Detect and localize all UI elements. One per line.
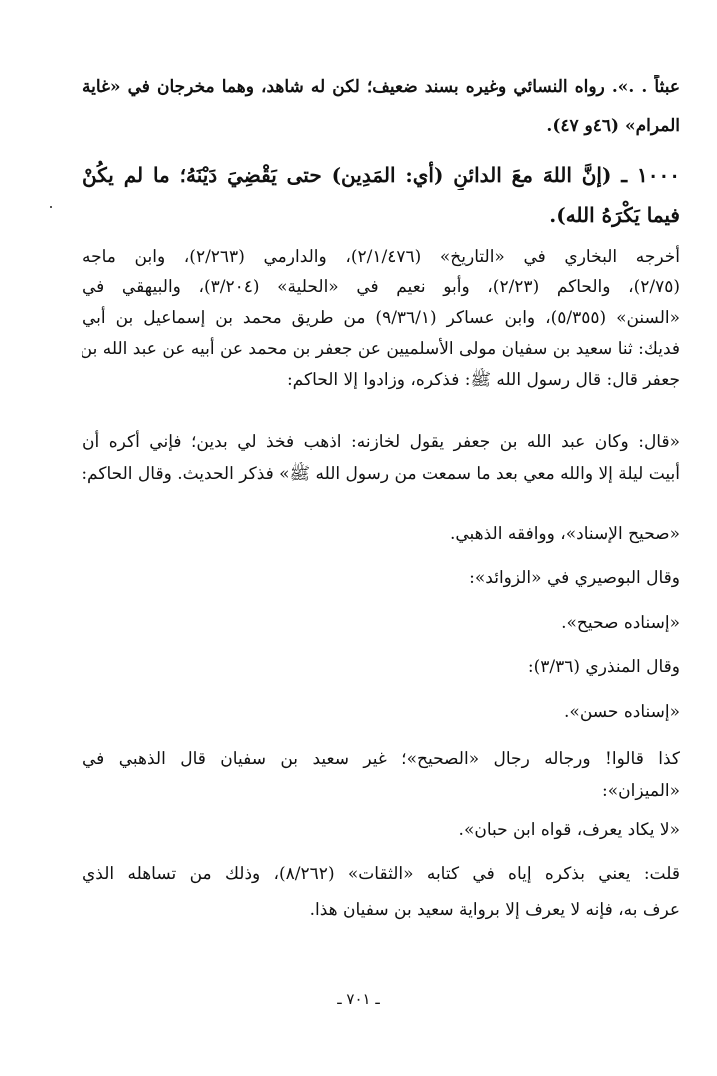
- document-page: عبثاً . .». رواه النسائي وغيره بسند ضعيف…: [0, 0, 717, 1076]
- text-line: «قال: وكان عبد الله بن جعفر يقول لخازنه:…: [82, 430, 680, 454]
- hadith-text-line: فيما يَكْرَهُ الله).: [82, 200, 680, 230]
- text-line: وقال البوصيري في «الزوائد»:: [82, 566, 680, 590]
- text-line: «إسناده حسن».: [82, 700, 680, 724]
- text-line: قلت: يعني بذكره إياه في كتابه «الثقات» (…: [82, 862, 680, 886]
- text-line: «إسناده صحيح».: [82, 611, 680, 635]
- text-line: (٢/٧٥)، والحاكم (٢/٢٣)، وأبو نعيم في «ال…: [82, 275, 680, 299]
- text-line: كذا قالوا! ورجاله رجال «الصحيح»؛ غير سعي…: [82, 747, 680, 771]
- text-line: المرام» (٤٦و ٤٧).: [82, 114, 680, 138]
- text-line: فديك: ثنا سعيد بن سفيان مولى الأسلميين ع…: [82, 337, 680, 361]
- text-line: عبثاً . .». رواه النسائي وغيره بسند ضعيف…: [82, 75, 680, 99]
- text-line: «لا يكاد يعرف، قواه ابن حبان».: [82, 818, 680, 842]
- hadith-text-line: ١٠٠٠ ـ (إنَّ اللهَ معَ الدائنِ (أي: المَ…: [82, 160, 680, 190]
- text-line: وقال المنذري (٣/٣٦):: [82, 655, 680, 679]
- page-number: ـ ٧٠١ ـ: [0, 990, 717, 1008]
- text-line: أبيت ليلة إلا والله معي بعد ما سمعت من ر…: [82, 462, 680, 486]
- scan-speck: [50, 206, 52, 208]
- text-line: «السنن» (٥/٣٥٥)، وابن عساكر (٩/٣٦/١) من …: [82, 306, 680, 330]
- text-line: «صحيح الإسناد»، ووافقه الذهبي.: [82, 522, 680, 546]
- text-line: عرف به، فإنه لا يعرف إلا برواية سعيد بن …: [82, 898, 680, 922]
- text-line: جعفر قال: قال رسول الله ﷺ: فذكره، وزادوا…: [82, 368, 680, 392]
- text-line: أخرجه البخاري في «التاريخ» (٢/١/٤٧٦)، وا…: [82, 245, 680, 269]
- text-line: «الميزان»:: [82, 779, 680, 803]
